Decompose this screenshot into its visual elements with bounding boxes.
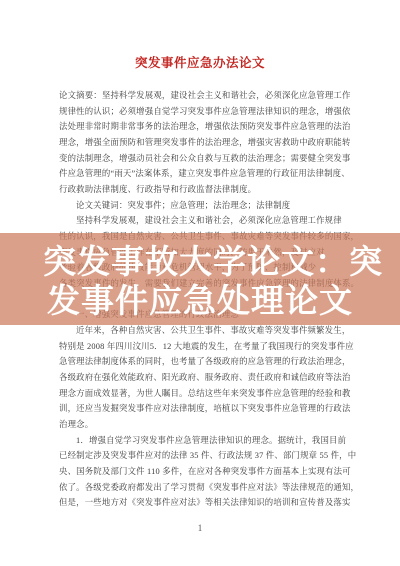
text-line: 央、国务院及部门文件 110 多件，在应对各种突发事件方面基本上实现有法可 [59,464,345,480]
text-line: 1．增强自觉学习突发事件应急管理法律知识的理念。据统计，我国目前 [59,433,345,449]
text-line: 行政救助法律制度、行政指导和行政监督法律制度。 [59,182,345,198]
text-line: 各级政府在强化效能政府、阳光政府、服务政府、责任政府和诚信政府等法治 [59,370,345,386]
text-line: 依了。各级党委政府都发出了学习贯彻《突发事件应对法》等法律规范的通知， [59,480,345,496]
overlay-banner: 突发事故大学论文：突 发事件应急处理论文 [0,233,400,325]
text-line: 训，还应当发掘突发事件应对法律制度，培植以下突发事件应急管理的行政法 [59,401,345,417]
text-line: 法处理非常时期非常事务的法治理念，增强依法预防突发事件应急管理的法治 [59,119,345,135]
text-line: 近年来，各种自然灾害、公共卫生事件、事故灾难等突发事件频繁发生， [59,323,345,339]
text-line: 论文关键词：突发事件；应急管理；法治理念；法律制度 [59,198,345,214]
text-line: 治理念。 [59,417,345,433]
text-line: 规律性的认识；必须增强自觉学习突发事件应急管理法律知识的理念，增强依 [59,104,345,120]
text-line: 急管理法律制度体系的同时，也考量了各级政府的应急管理的行政法治理念， [59,354,345,370]
text-line: 已经制定涉及突发事件应对的法律 35 件、行政法规 37 件、部门规章 55 件… [59,448,345,464]
text-line: 特别是 2008 年四川汶川5．12 大地震的发生，在考量了我国现行的突发事件应 [59,339,345,355]
text-line: 理念方面成效显著，为世人瞩目。总结这些年来突发事件应急管理的经验和教 [59,386,345,402]
document-page: 突发事件应急办法论文 论文摘要：坚持科学发展观，建设社会主义和谐社会，必须深化应… [0,0,400,566]
text-line: 理念，增强全面预防和管理突发事件的法治理念，增强灾害救助中政府职能转 [59,135,345,151]
text-line: 件应急管理的“雨天”法案体系，建立突发事件应急管理的行政征用法律制度、 [59,166,345,182]
page-number: 1 [0,523,400,533]
text-line: 但是，一些地方对《突发事件应对法》等相关法律知识的培训和宣传普及落实 [59,495,345,511]
document-title: 突发事件应急办法论文 [0,53,400,71]
text-line: 坚持科学发展观，建设社会主义和谐社会，必须深化应急管理工作规律 [59,213,345,229]
text-line: 变的法制理念，增强动员社会和公众自救与互救的法治理念；需要健全突发事 [59,151,345,167]
overlay-title-line-2: 发事件应急处理论文 [47,281,353,320]
text-line: 论文摘要：坚持科学发展观，建设社会主义和谐社会，必须深化应急管理工作 [59,88,345,104]
overlay-title-line-1: 突发事故大学论文：突 [43,242,383,281]
